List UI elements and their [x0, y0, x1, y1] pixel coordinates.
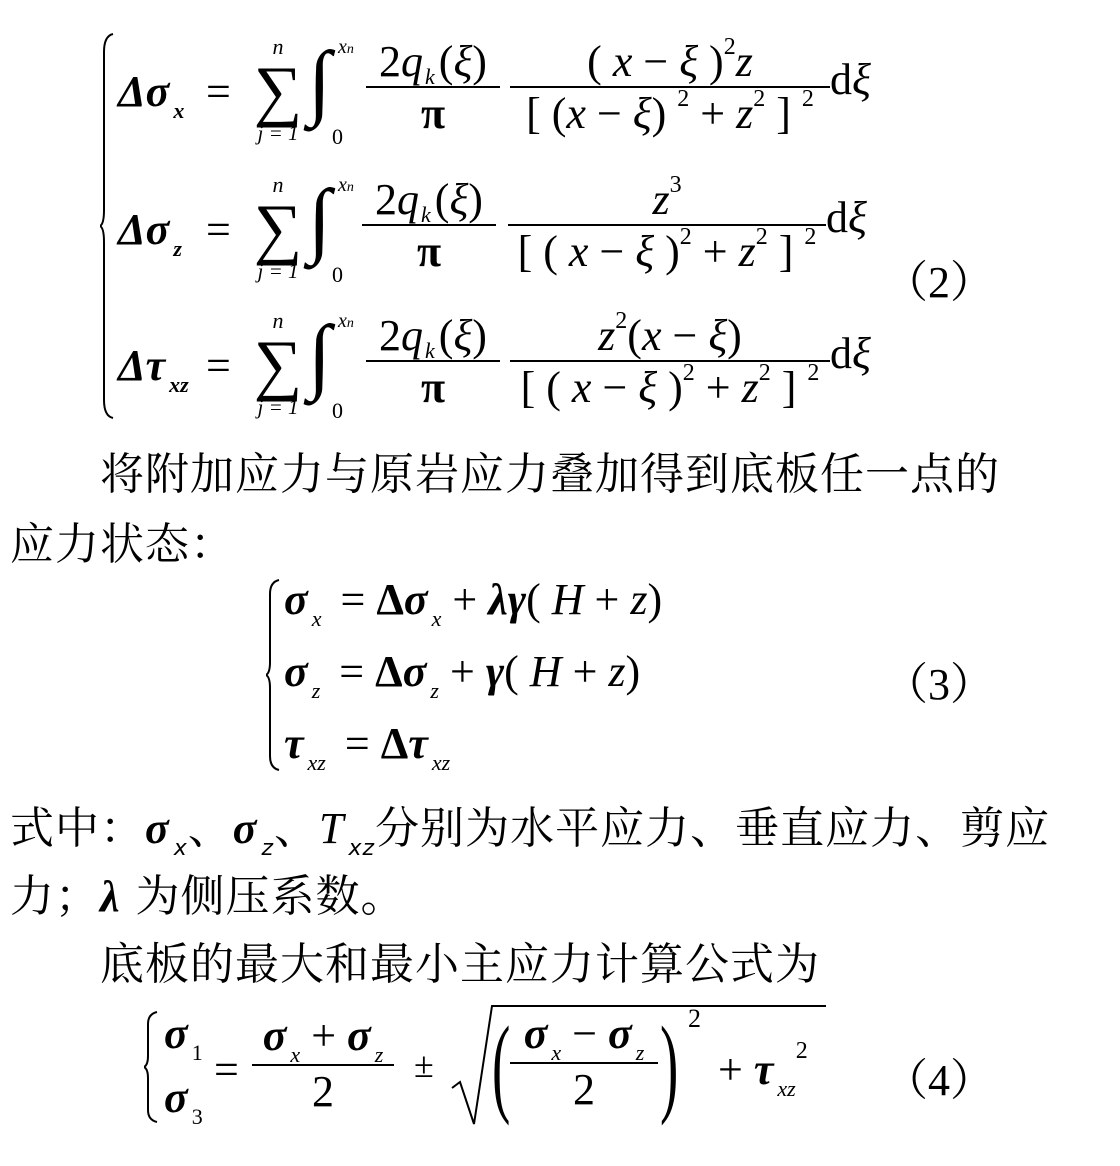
fraction-2: z3 [ ( x − ξ )2 + z2 ] 2	[508, 174, 826, 276]
equation-4-tag: （4）	[884, 1044, 994, 1108]
inner-paren-close: )	[660, 1010, 678, 1120]
fraction-1: 2qk(ξ) π	[362, 174, 496, 276]
equation-4-lhs-top: σ1	[164, 1008, 203, 1059]
left-brace	[144, 1010, 158, 1124]
paragraph-2-line-2: 力；λ 为侧压系数。	[10, 860, 406, 924]
summation: n ∑ j = 1	[250, 308, 306, 420]
plus-minus: ±	[414, 1044, 434, 1086]
summation: n ∑ j = 1	[250, 172, 306, 284]
fraction-2: ( x − ξ )2z [ (x − ξ) 2 + z2 ] 2	[510, 36, 830, 138]
inner-fraction: σx − σz 2	[510, 1008, 658, 1115]
paragraph-1-line-1: 将附加应力与原岩应力叠加得到底板任一点的	[100, 438, 1000, 502]
fraction-2: z2(x − ξ) [ ( x − ξ )2 + z2 ] 2	[510, 310, 830, 412]
power: 2	[688, 1004, 701, 1034]
fraction-1: 2qk(ξ) π	[366, 310, 500, 412]
integral: ∫ xn 0	[308, 40, 331, 124]
left-brace	[266, 578, 280, 772]
equation-3-row-3: τxz = Δτxz	[284, 718, 450, 769]
inner-paren: (	[492, 1010, 510, 1120]
left-brace	[100, 32, 114, 420]
equation-2-tag: （2）	[884, 246, 994, 310]
equals-sign: =	[214, 1044, 239, 1095]
equation-3-row-1: σx = Δσx + λγ( H + z)	[284, 574, 662, 625]
equation-3-row-2: σz = Δσz + γ( H + z)	[284, 646, 640, 697]
equation-4-fraction: σx + σz 2	[252, 1010, 394, 1117]
integral: ∫ xn 0	[308, 178, 331, 262]
equation-3-tag: （3）	[884, 648, 994, 712]
paragraph-3-line-1: 底板的最大和最小主应力计算公式为	[100, 928, 820, 992]
paragraph-1-line-2: 应力状态：	[10, 508, 235, 572]
equation-4-lhs-bottom: σ3	[164, 1072, 203, 1123]
summation: n ∑ j = 1	[250, 34, 306, 146]
fraction-1: 2qk(ξ) π	[366, 36, 500, 138]
tau-term: + τxz2	[718, 1044, 808, 1095]
paragraph-2-line-1: 式中：σx、σz、Txz分别为水平应力、垂直应力、剪应	[10, 792, 1050, 856]
integral: ∫ xn 0	[308, 314, 331, 398]
